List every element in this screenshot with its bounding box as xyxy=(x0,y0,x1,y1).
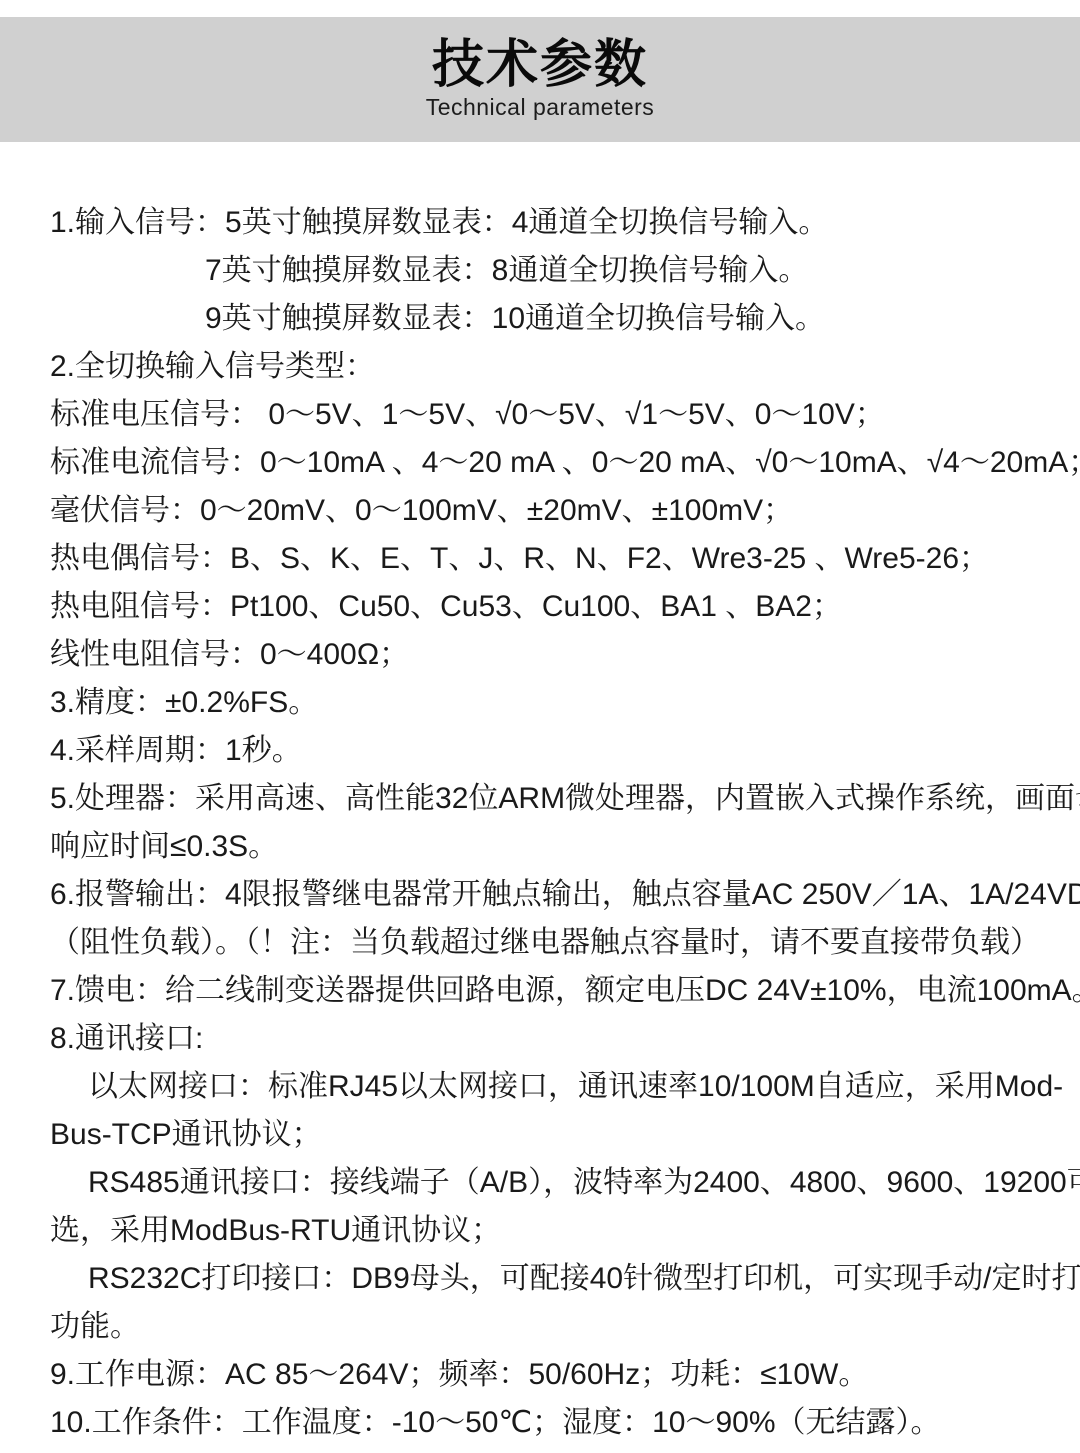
spec-line: 热电阻信号：Pt100、Cu50、Cu53、Cu100、BA1 、BA2； xyxy=(50,583,1044,631)
spec-line: 5.处理器：采用高速、高性能32位ARM微处理器，内置嵌入式操作系统，画面切换 xyxy=(50,775,1044,823)
spec-line: 9.工作电源：AC 85～264V；频率：50/60Hz；功耗：≤10W。 xyxy=(50,1351,1044,1399)
spec-line: 以太网接口：标准RJ45以太网接口，通讯速率10/100M自适应，采用Mod- xyxy=(50,1063,1044,1111)
spec-line: 10.工作条件：工作温度：-10～50℃；湿度：10～90%（无结露）。 xyxy=(50,1399,1044,1447)
page-title: 技术参数 xyxy=(432,38,648,93)
spec-line: 9英寸触摸屏数显表：10通道全切换信号输入。 xyxy=(50,295,1044,343)
spec-line: RS232C打印接口：DB9母头，可配接40针微型打印机，可实现手动/定时打印 xyxy=(50,1255,1044,1303)
spec-line: RS485通讯接口：接线端子（A/B），波特率为2400、4800、9600、1… xyxy=(50,1159,1044,1207)
spec-line: 8.通讯接口: xyxy=(50,1015,1044,1063)
document-page: 技术参数 Technical parameters 1.输入信号：5英寸触摸屏数… xyxy=(0,0,1080,1453)
spec-line: 2.全切换输入信号类型： xyxy=(50,343,1044,391)
spec-list: 1.输入信号：5英寸触摸屏数显表：4通道全切换信号输入。7英寸触摸屏数显表：8通… xyxy=(50,199,1044,1447)
spec-line: 7.馈电：给二线制变送器提供回路电源，额定电压DC 24V±10%，电流100m… xyxy=(50,967,1044,1015)
spec-line: 线性电阻信号：0～400Ω； xyxy=(50,631,1044,679)
page-subtitle: Technical parameters xyxy=(426,94,655,121)
spec-line: 标准电压信号： 0～5V、1～5V、√0～5V、√1～5V、0～10V； xyxy=(50,391,1044,439)
spec-line: 标准电流信号：0～10mA 、4～20 mA 、0～20 mA、√0～10mA、… xyxy=(50,439,1044,487)
spec-line: 毫伏信号：0～20mV、0～100mV、±20mV、±100mV； xyxy=(50,487,1044,535)
header-band: 技术参数 Technical parameters xyxy=(0,17,1080,142)
spec-line: Bus-TCP通讯协议； xyxy=(50,1111,1044,1159)
spec-line: 功能。 xyxy=(50,1303,1044,1351)
spec-line: 选，采用ModBus-RTU通讯协议； xyxy=(50,1207,1044,1255)
spec-line: 1.输入信号：5英寸触摸屏数显表：4通道全切换信号输入。 xyxy=(50,199,1044,247)
spec-line: （阻性负载）。（！注：当负载超过继电器触点容量时，请不要直接带负载） xyxy=(50,919,1044,967)
spec-line: 热电偶信号：B、S、K、E、T、J、R、N、F2、Wre3-25 、Wre5-2… xyxy=(50,535,1044,583)
spec-line: 响应时间≤0.3S。 xyxy=(50,823,1044,871)
spec-line: 4.采样周期：1秒。 xyxy=(50,727,1044,775)
spec-line: 3.精度：±0.2%FS。 xyxy=(50,679,1044,727)
spec-line: 6.报警输出：4限报警继电器常开触点输出，触点容量AC 250V／1A、1A/2… xyxy=(50,871,1044,919)
spec-line: 7英寸触摸屏数显表：8通道全切换信号输入。 xyxy=(50,247,1044,295)
